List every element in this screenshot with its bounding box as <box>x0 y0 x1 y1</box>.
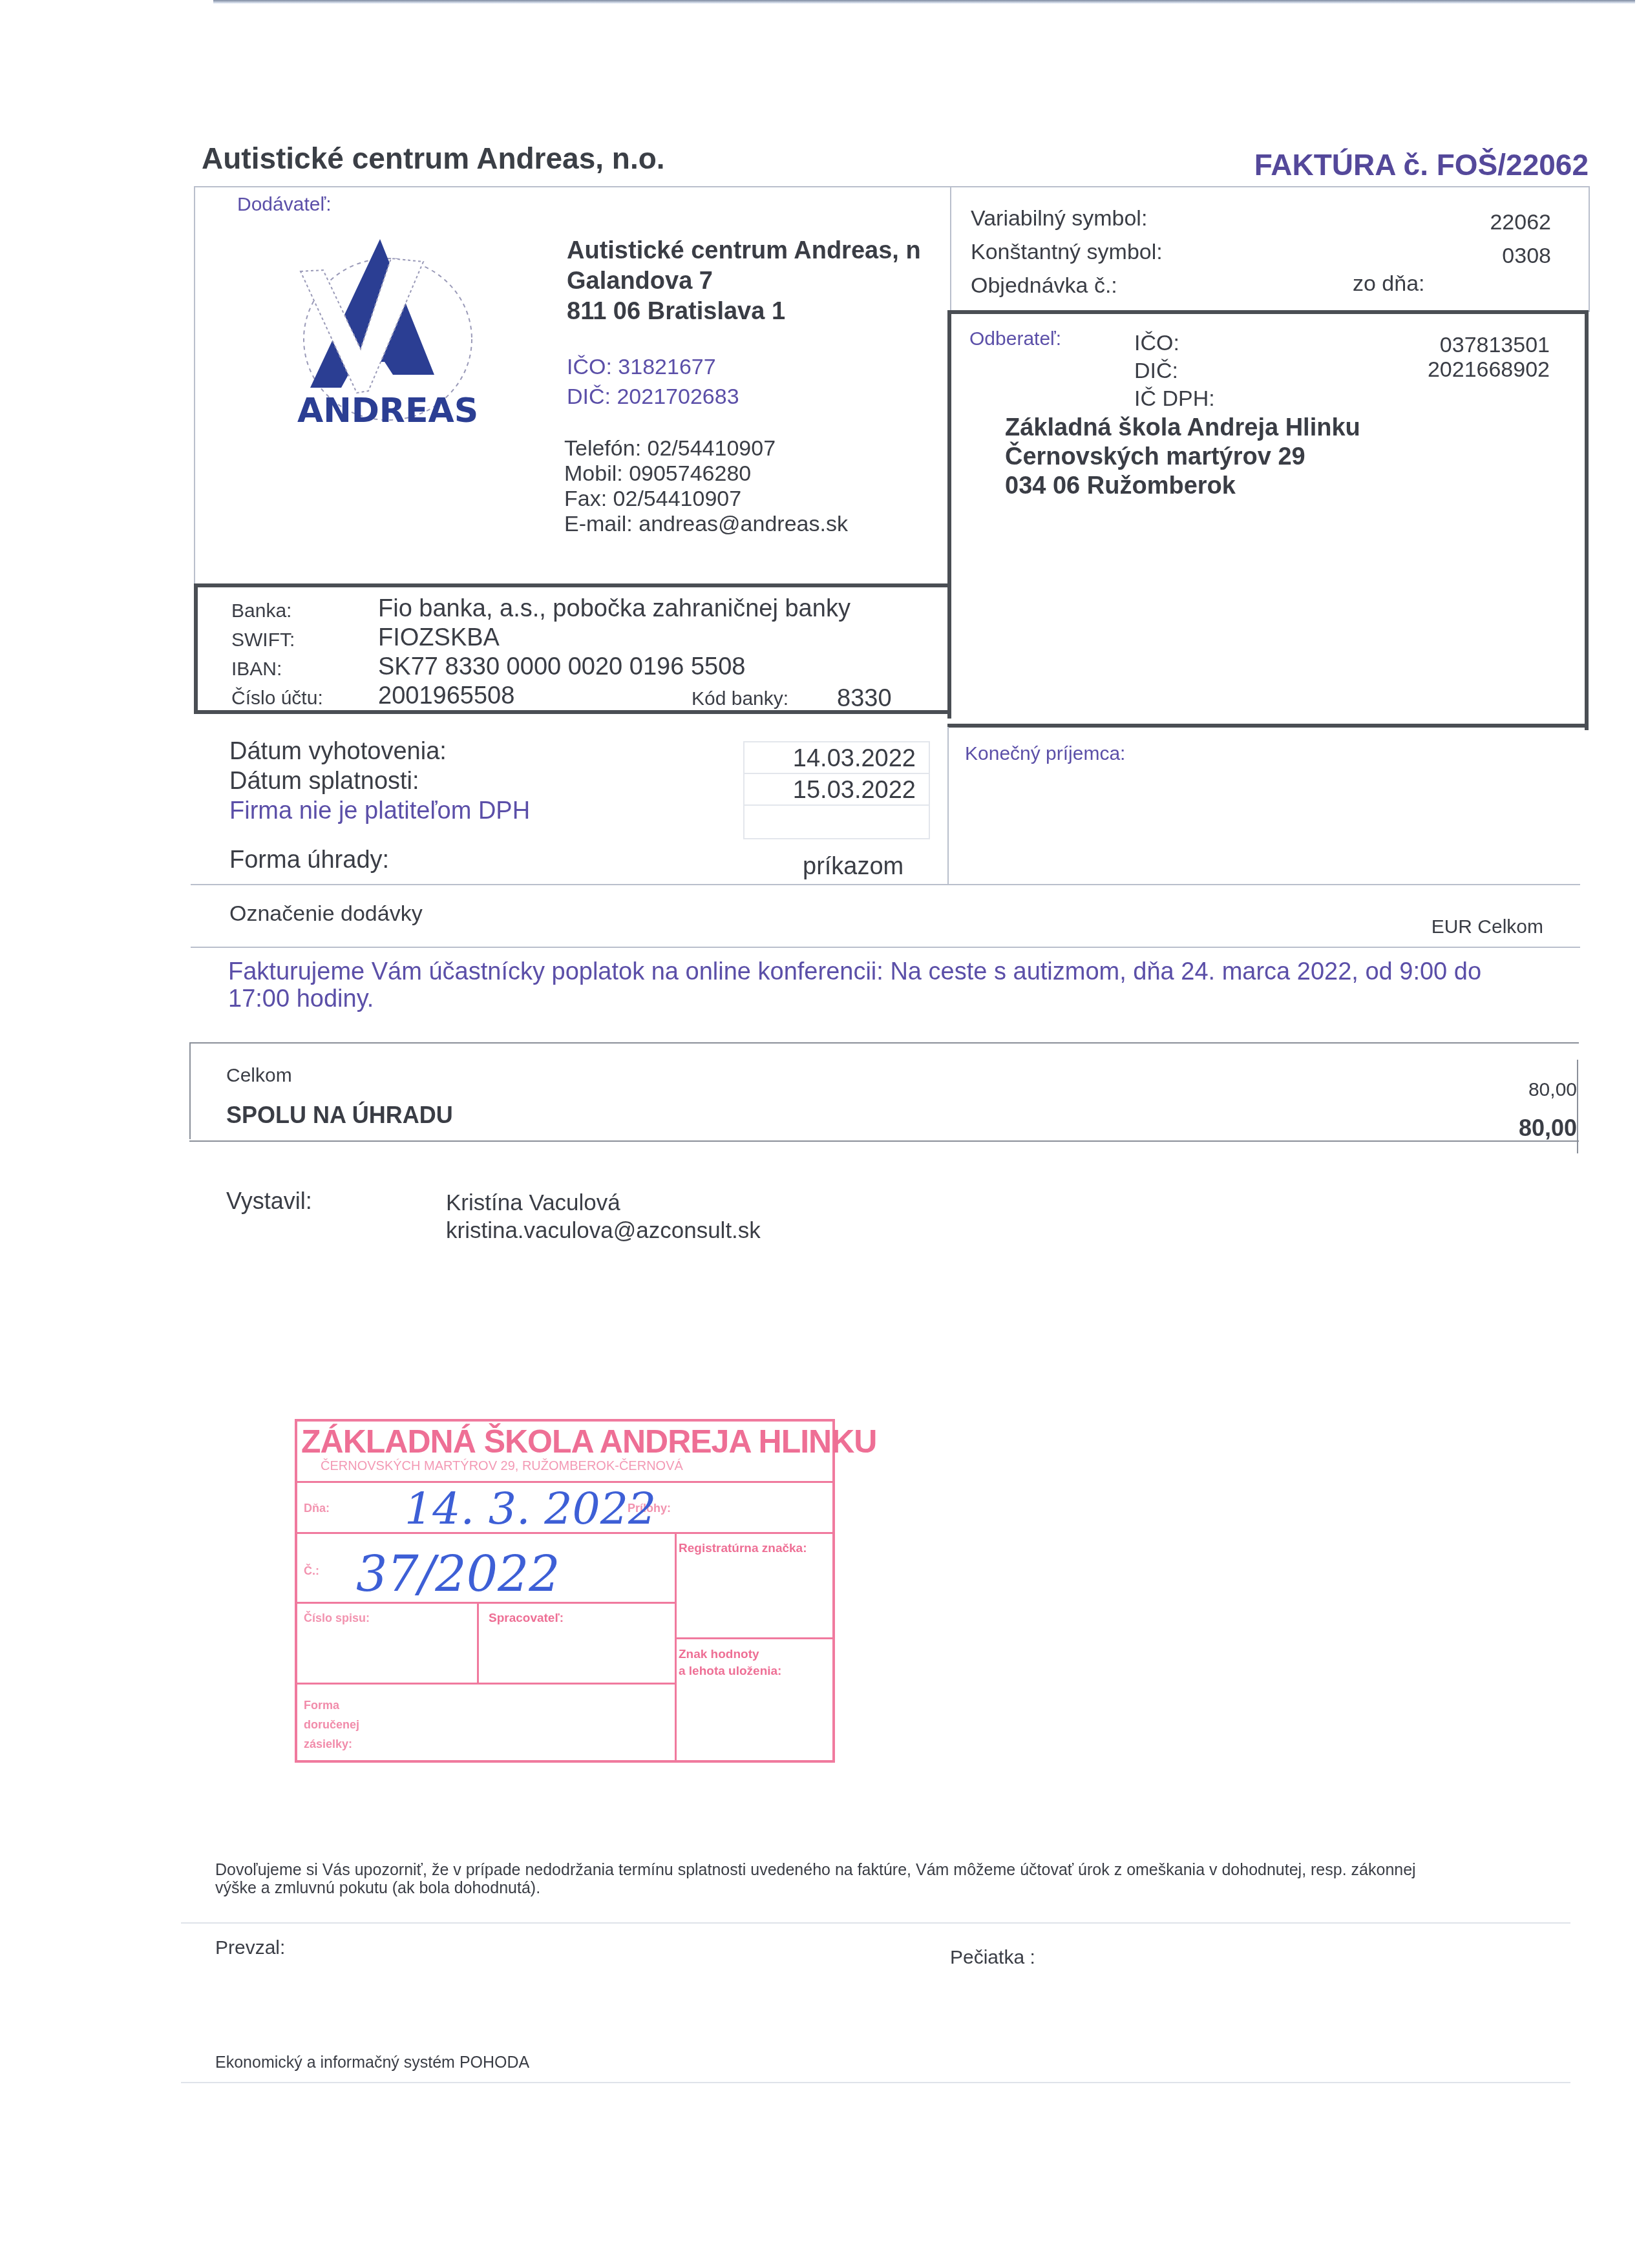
customer-ico-value: 037813501 <box>1428 333 1550 357</box>
order-number-label: Objednávka č.: <box>971 269 1163 302</box>
customer-box-left <box>947 310 951 719</box>
date-values-box: 14.03.2022 15.03.2022 <box>743 741 930 839</box>
total-label: SPOLU NA ÚHRADU <box>226 1102 453 1129</box>
supplier-label: Dodávateľ: <box>237 194 332 216</box>
payment-label: Forma úhrady: <box>229 846 389 874</box>
supplier-city: 811 06 Bratislava 1 <box>567 297 921 327</box>
stamp-registry-label: Registratúrna značka: <box>679 1542 807 1556</box>
received-by-label: Prevzal: <box>215 1937 285 1959</box>
handwritten-registry-number: 37/2022 <box>356 1545 560 1602</box>
customer-dic-label: DIČ: <box>1134 357 1215 385</box>
stamp-number-label: Č.: <box>304 1564 319 1578</box>
dates-divider <box>947 727 949 885</box>
swift-label: SWIFT: <box>231 625 323 655</box>
customer-box-top <box>947 310 1589 314</box>
customer-id-labels: IČO: DIČ: IČ DPH: <box>1134 330 1215 413</box>
item-description-line-2: 17:00 hodiny. <box>228 985 1585 1013</box>
stamp-received-label: Dňa: <box>304 1502 330 1515</box>
supplier-ids: IČO: 31821677 DIČ: 2021702683 <box>567 352 739 412</box>
issue-date-label: Dátum vyhotovenia: <box>229 737 530 766</box>
footer-divider <box>181 1922 1570 1924</box>
item-description: Fakturujeme Vám účastnícky poplatok na o… <box>228 958 1585 1013</box>
subtotal-value: 80,00 <box>1528 1079 1577 1101</box>
handwritten-received-date: 14. 3. 2022 <box>405 1484 656 1535</box>
scan-edge <box>213 0 1635 4</box>
late-payment-note-line-1: Dovoľujeme si Vás upozorniť, že v prípad… <box>215 1861 1579 1879</box>
supplier-ico: IČO: 31821677 <box>567 352 739 382</box>
top-box-left-border <box>194 186 195 587</box>
bank-code-value: 8330 <box>837 685 892 713</box>
totals-right-border <box>1577 1060 1578 1153</box>
final-recipient-label: Konečný príjemca: <box>965 743 1125 765</box>
item-description-line-1: Fakturujeme Vám účastnícky poplatok na o… <box>228 958 1585 985</box>
andreas-logo-icon: ANDREAS <box>284 226 491 433</box>
items-top-border <box>191 884 1580 885</box>
customer-address: Základná škola Andreja Hlinku Černovskýc… <box>1005 414 1360 501</box>
software-credit: Ekonomický a informačný systém POHODA <box>215 2053 529 2072</box>
items-header-label: Označenie dodávky <box>229 901 423 927</box>
andreas-logo: ANDREAS <box>284 226 491 433</box>
issuer-label: Vystavil: <box>226 1188 312 1215</box>
issuer-email: kristina.vaculova@azconsult.sk <box>446 1217 761 1244</box>
due-date-label: Dátum splatnosti: <box>229 766 530 796</box>
stamp-processor-label: Spracovateľ: <box>489 1612 564 1626</box>
invoice-title: FAKTÚRA č. FOŠ/22062 <box>1254 147 1589 182</box>
supplier-phone: Telefón: 02/54410907 <box>564 436 848 461</box>
symbol-labels: Variabilný symbol: Konštantný symbol: Ob… <box>971 202 1163 302</box>
supplier-fax: Fax: 02/54410907 <box>564 487 848 512</box>
late-payment-note: Dovoľujeme si Vás upozorniť, že v prípad… <box>215 1861 1579 1897</box>
variable-symbol-value: 22062 <box>1490 205 1551 239</box>
customer-box-bottom <box>947 724 1589 728</box>
customer-street: Černovských martýrov 29 <box>1005 443 1360 472</box>
issue-date-value: 14.03.2022 <box>745 742 929 774</box>
footer-bottom-line <box>181 2082 1570 2083</box>
payment-value: príkazom <box>803 853 903 881</box>
date-labels: Dátum vyhotovenia: Dátum splatnosti: Fir… <box>229 737 530 826</box>
supplier-street: Galandova 7 <box>567 266 921 297</box>
top-box-top-border <box>194 186 1590 187</box>
supplier-mobile: Mobil: 0905746280 <box>564 461 848 487</box>
totals-top-border <box>189 1042 1579 1044</box>
constant-symbol-label: Konštantný symbol: <box>971 235 1163 269</box>
stamp-delivery-label: Forma doručenej zásielky: <box>304 1696 359 1754</box>
bank-name-value: Fio banka, a.s., pobočka zahraničnej ban… <box>378 594 850 624</box>
supplier-dic: DIČ: 2021702683 <box>567 382 739 412</box>
totals-bottom-border <box>189 1140 1579 1142</box>
bank-box-left <box>194 583 198 714</box>
customer-label: Odberateľ: <box>969 328 1061 350</box>
customer-icdph-label: IČ DPH: <box>1134 385 1215 413</box>
account-label: Číslo účtu: <box>231 684 323 713</box>
stamp-file-number-label: Číslo spisu: <box>304 1612 370 1625</box>
vat-note: Firma nie je platiteľom DPH <box>229 796 530 826</box>
svg-text:ANDREAS: ANDREAS <box>297 392 478 430</box>
symbol-values: 22062 0308 <box>1490 205 1551 273</box>
customer-city: 034 06 Ružomberok <box>1005 472 1360 501</box>
supplier-email: E-mail: andreas@andreas.sk <box>564 512 848 537</box>
bank-box-top <box>194 583 951 587</box>
top-box-divider <box>950 186 951 312</box>
bank-name-label: Banka: <box>231 596 323 625</box>
customer-dic-value: 2021668902 <box>1428 357 1550 382</box>
customer-id-values: 037813501 2021668902 <box>1428 333 1550 382</box>
items-header-bottom <box>191 947 1580 948</box>
constant-symbol-value: 0308 <box>1490 239 1551 273</box>
totals-left-border <box>189 1042 191 1139</box>
due-date-value: 15.03.2022 <box>745 774 929 806</box>
top-box-right-border <box>1589 186 1590 312</box>
customer-box-right <box>1585 310 1589 730</box>
items-header-total: EUR Celkom <box>1431 916 1543 938</box>
order-date-label: zo dňa: <box>1353 271 1425 297</box>
bank-code-label: Kód banky: <box>692 688 788 710</box>
supplier-name: Autistické centrum Andreas, n <box>567 236 921 266</box>
supplier-contacts: Telefón: 02/54410907 Mobil: 0905746280 F… <box>564 436 848 537</box>
stamp-title: ZÁKLADNÁ ŠKOLA ANDREJA HLINKU <box>301 1423 876 1460</box>
stamp-field-label: Pečiatka : <box>950 1947 1035 1969</box>
iban-value: SK77 8330 0000 0020 0196 5508 <box>378 653 850 682</box>
variable-symbol-label: Variabilný symbol: <box>971 202 1163 235</box>
customer-ico-label: IČO: <box>1134 330 1215 357</box>
swift-value: FIOZSKBA <box>378 624 850 653</box>
supplier-address: Autistické centrum Andreas, n Galandova … <box>567 236 921 327</box>
issuer-name: Kristína Vaculová <box>446 1189 761 1217</box>
subtotal-label: Celkom <box>226 1065 292 1087</box>
stamp-subtitle: ČERNOVSKÝCH MARTÝROV 29, RUŽOMBEROK-ČERN… <box>321 1459 683 1474</box>
bank-labels: Banka: SWIFT: IBAN: Číslo účtu: <box>231 596 323 713</box>
registry-stamp: ZÁKLADNÁ ŠKOLA ANDREJA HLINKU ČERNOVSKÝC… <box>295 1419 835 1763</box>
customer-name: Základná škola Andreja Hlinku <box>1005 414 1360 443</box>
iban-label: IBAN: <box>231 655 323 684</box>
company-title: Autistické centrum Andreas, n.o. <box>202 141 665 176</box>
issuer-details: Kristína Vaculová kristina.vaculova@azco… <box>446 1189 761 1244</box>
late-payment-note-line-2: výške a zmluvnú pokutu (ak bola dohodnut… <box>215 1879 1579 1897</box>
total-value: 80,00 <box>1519 1115 1577 1142</box>
stamp-value-sign-label: Znak hodnoty a lehota uloženia: <box>679 1646 781 1680</box>
